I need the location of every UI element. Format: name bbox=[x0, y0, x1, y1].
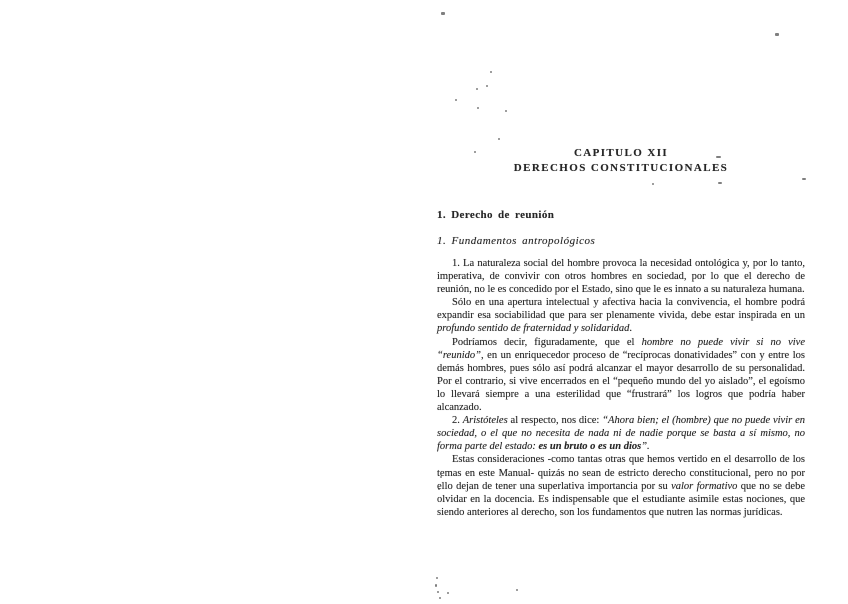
paragraph: Sólo en una apertura intelectual y afect… bbox=[437, 296, 805, 335]
scan-speck bbox=[486, 85, 488, 87]
scan-speck bbox=[440, 476, 442, 478]
paragraph: 1. La naturaleza social del hombre provo… bbox=[437, 257, 805, 296]
text-segment: Sólo en una apertura intelectual y afect… bbox=[437, 297, 805, 321]
scan-speck bbox=[441, 12, 445, 15]
text-segment: , en un enriquecedor proceso de “recípro… bbox=[437, 350, 805, 413]
scanned-page: CAPITULO XII DERECHOS CONSTITUCIONALES 1… bbox=[0, 0, 848, 604]
text-segment: Aristóteles bbox=[463, 415, 508, 426]
body-paragraphs: 1. La naturaleza social del hombre provo… bbox=[437, 257, 805, 519]
text-segment: al respecto, nos dice: bbox=[508, 415, 603, 426]
scan-speck bbox=[505, 110, 507, 112]
scan-speck bbox=[516, 589, 518, 591]
paragraph: Podríamos decir, figuradamente, que el h… bbox=[437, 336, 805, 415]
scan-speck bbox=[438, 488, 440, 490]
scan-speck bbox=[439, 597, 441, 599]
scan-speck bbox=[718, 182, 722, 184]
text-segment: Podríamos decir, figuradamente, que el bbox=[452, 337, 642, 348]
scan-speck bbox=[498, 138, 500, 140]
text-segment: es un bruto o es un dios bbox=[539, 441, 642, 452]
text-column: CAPITULO XII DERECHOS CONSTITUCIONALES 1… bbox=[437, 146, 805, 519]
scan-speck bbox=[652, 183, 654, 185]
section-heading: 1. Derecho de reunión bbox=[437, 208, 805, 222]
chapter-number-line: CAPITULO XII bbox=[437, 146, 805, 161]
scan-speck bbox=[437, 591, 439, 593]
scan-speck bbox=[474, 151, 476, 153]
scan-speck bbox=[490, 71, 492, 73]
scan-speck bbox=[716, 156, 721, 158]
text-segment: ”. bbox=[641, 441, 649, 452]
text-segment: 2. bbox=[452, 415, 463, 426]
text-segment: valor formativo bbox=[671, 481, 737, 492]
scan-speck bbox=[477, 107, 479, 109]
scan-speck bbox=[435, 584, 437, 587]
scan-speck bbox=[476, 88, 478, 90]
scan-speck bbox=[802, 178, 806, 180]
chapter-title: CAPITULO XII DERECHOS CONSTITUCIONALES bbox=[437, 146, 805, 176]
text-segment: . bbox=[629, 323, 632, 334]
text-segment: profundo sentido de fraternidad y solida… bbox=[437, 323, 629, 334]
scan-speck bbox=[775, 33, 779, 36]
scan-speck bbox=[447, 592, 449, 594]
scan-speck bbox=[455, 99, 457, 101]
chapter-name-line: DERECHOS CONSTITUCIONALES bbox=[437, 161, 805, 176]
text-segment: 1. La naturaleza social del hombre provo… bbox=[437, 258, 805, 295]
scan-speck bbox=[436, 577, 438, 579]
subsection-heading: 1. Fundamentos antropológicos bbox=[437, 234, 805, 248]
paragraph: Estas consideraciones -como tantas otras… bbox=[437, 453, 805, 518]
paragraph: 2. Aristóteles al respecto, nos dice: “A… bbox=[437, 414, 805, 453]
